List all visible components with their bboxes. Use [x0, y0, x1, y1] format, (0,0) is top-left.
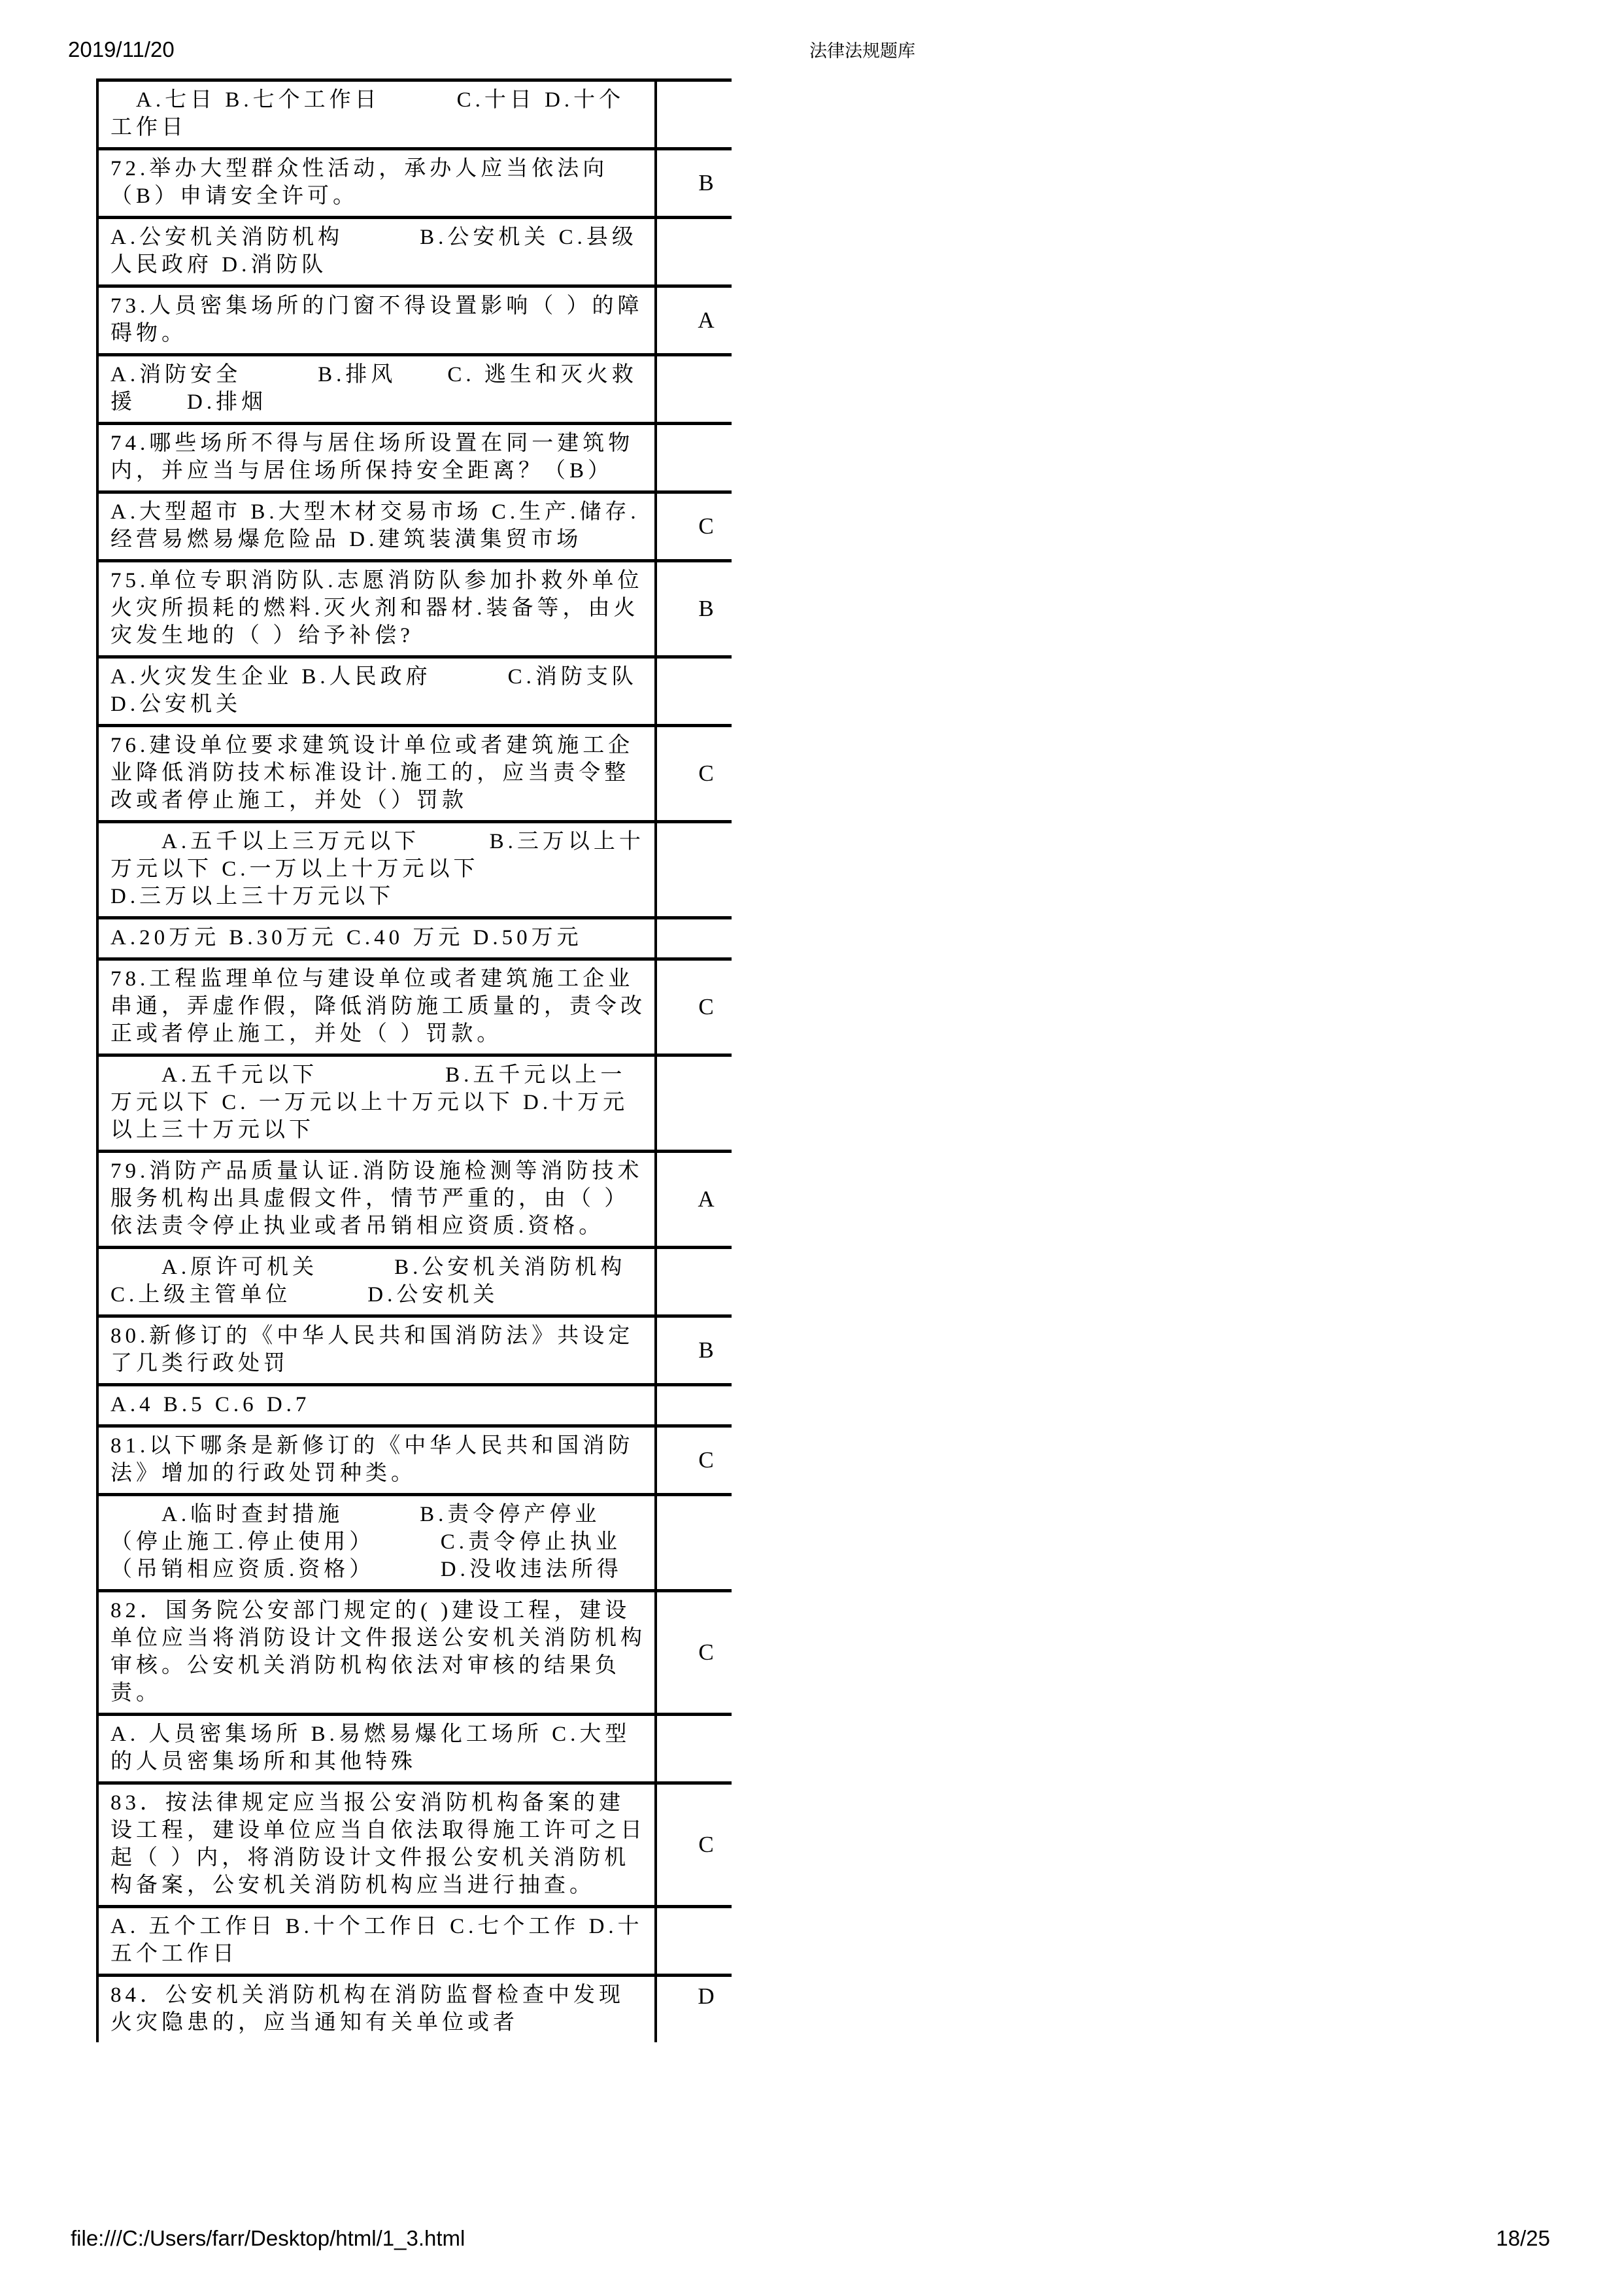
question-cell: A.五千以上三万元以下 B.三万以上十万元以下 C.一万以上十万元以下 D.三万… [97, 822, 656, 918]
answer-cell: B [656, 1316, 732, 1385]
print-footer-url: file:///C:/Users/farr/Desktop/html/1_3.h… [71, 2226, 465, 2251]
question-cell: A. 五个工作日 B.十个工作日 C.七个工作 D.十五个工作日 [97, 1907, 656, 1976]
answer-cell [656, 218, 732, 286]
question-answer-table: A.七日 B.七个工作日 C.十日 D.十个工作日72.举办大型群众性活动，承办… [96, 78, 732, 2042]
print-header-date: 2019/11/20 [68, 38, 175, 61]
question-cell: A.4 B.5 C.6 D.7 [97, 1385, 656, 1426]
table-row: 78.工程监理单位与建设单位或者建筑施工企业串通，弄虚作假，降低消防施工质量的，… [97, 959, 732, 1055]
table-row: A.临时查封措施 B.责令停产停业（停止施工.停止使用） C.责令停止执业（吊销… [97, 1495, 732, 1591]
question-cell: 74.哪些场所不得与居住场所设置在同一建筑物内，并应当与居住场所保持安全距离？（… [97, 424, 656, 492]
table-row: A.五千元以下 B.五千元以上一万元以下 C. 一万元以上十万元以下 D.十万元… [97, 1055, 732, 1152]
table-row: 73.人员密集场所的门窗不得设置影响（ ）的障碍物。A [97, 286, 732, 355]
answer-cell [656, 1385, 732, 1426]
question-cell: A.临时查封措施 B.责令停产停业（停止施工.停止使用） C.责令停止执业（吊销… [97, 1495, 656, 1591]
answer-cell [656, 355, 732, 424]
table-row: A. 人员密集场所 B.易燃易爆化工场所 C.大型的人员密集场所和其他特殊 [97, 1715, 732, 1783]
answer-cell: A [656, 286, 732, 355]
table-row: 83．按法律规定应当报公安消防机构备案的建设工程，建设单位应当自依法取得施工许可… [97, 1783, 732, 1907]
question-cell: 79.消防产品质量认证.消防设施检测等消防技术服务机构出具虚假文件，情节严重的，… [97, 1152, 656, 1248]
answer-cell: C [656, 726, 732, 822]
answer-cell [656, 80, 732, 149]
table-row: 80.新修订的《中华人民共和国消防法》共设定了几类行政处罚B [97, 1316, 732, 1385]
question-cell: A.火灾发生企业 B.人民政府 C.消防支队 D.公安机关 [97, 657, 656, 726]
question-cell: A.大型超市 B.大型木材交易市场 C.生产.储存.经营易燃易爆危险品 D.建筑… [97, 492, 656, 561]
table-row: 72.举办大型群众性活动，承办人应当依法向（B）申请安全许可。B [97, 149, 732, 218]
table-row: A.公安机关消防机构 B.公安机关 C.县级人民政府 D.消防队 [97, 218, 732, 286]
answer-cell: C [656, 1426, 732, 1495]
print-header-title: 法律法规题库 [809, 41, 915, 61]
table-row: A.火灾发生企业 B.人民政府 C.消防支队 D.公安机关 [97, 657, 732, 726]
answer-cell [656, 918, 732, 959]
table-row: 75.单位专职消防队.志愿消防队参加扑救外单位火灾所损耗的燃料.灭火剂和器材.装… [97, 561, 732, 657]
question-cell: 72.举办大型群众性活动，承办人应当依法向（B）申请安全许可。 [97, 149, 656, 218]
question-cell: 82．国务院公安部门规定的( )建设工程，建设单位应当将消防设计文件报送公安机关… [97, 1591, 656, 1715]
table-row: 74.哪些场所不得与居住场所设置在同一建筑物内，并应当与居住场所保持安全距离？（… [97, 424, 732, 492]
answer-cell [656, 1055, 732, 1152]
answer-cell: C [656, 959, 732, 1055]
answer-cell [656, 424, 732, 492]
answer-cell [656, 1715, 732, 1783]
question-cell: A.五千元以下 B.五千元以上一万元以下 C. 一万元以上十万元以下 D.十万元… [97, 1055, 656, 1152]
question-cell: A.20万元 B.30万元 C.40 万元 D.50万元 [97, 918, 656, 959]
table-row: A.七日 B.七个工作日 C.十日 D.十个工作日 [97, 80, 732, 149]
table-row: 81.以下哪条是新修订的《中华人民共和国消防法》增加的行政处罚种类。C [97, 1426, 732, 1495]
answer-cell [656, 1495, 732, 1591]
question-cell: A.原许可机关 B.公安机关消防机构 C.上级主管单位 D.公安机关 [97, 1248, 656, 1316]
answer-cell: C [656, 492, 732, 561]
question-table-body: A.七日 B.七个工作日 C.十日 D.十个工作日72.举办大型群众性活动，承办… [97, 80, 732, 2043]
table-row: A.4 B.5 C.6 D.7 [97, 1385, 732, 1426]
question-cell: A. 人员密集场所 B.易燃易爆化工场所 C.大型的人员密集场所和其他特殊 [97, 1715, 656, 1783]
table-row: A.20万元 B.30万元 C.40 万元 D.50万元 [97, 918, 732, 959]
table-row: A.消防安全 B.排风 C. 逃生和灭火救援 D.排烟 [97, 355, 732, 424]
question-cell: A.七日 B.七个工作日 C.十日 D.十个工作日 [97, 80, 656, 149]
table-row: A. 五个工作日 B.十个工作日 C.七个工作 D.十五个工作日 [97, 1907, 732, 1976]
question-cell: 81.以下哪条是新修订的《中华人民共和国消防法》增加的行政处罚种类。 [97, 1426, 656, 1495]
answer-cell [656, 1907, 732, 1976]
table-row: 82．国务院公安部门规定的( )建设工程，建设单位应当将消防设计文件报送公安机关… [97, 1591, 732, 1715]
table-row: A.大型超市 B.大型木材交易市场 C.生产.储存.经营易燃易爆危险品 D.建筑… [97, 492, 732, 561]
table-row: 79.消防产品质量认证.消防设施检测等消防技术服务机构出具虚假文件，情节严重的，… [97, 1152, 732, 1248]
question-cell: 78.工程监理单位与建设单位或者建筑施工企业串通，弄虚作假，降低消防施工质量的，… [97, 959, 656, 1055]
question-cell: 80.新修订的《中华人民共和国消防法》共设定了几类行政处罚 [97, 1316, 656, 1385]
answer-cell: A [656, 1152, 732, 1248]
table-row: 84．公安机关消防机构在消防监督检查中发现火灾隐患的，应当通知有关单位或者D [97, 1976, 732, 2043]
print-footer-page-number: 18/25 [1496, 2226, 1550, 2251]
answer-cell: B [656, 561, 732, 657]
question-cell: 73.人员密集场所的门窗不得设置影响（ ）的障碍物。 [97, 286, 656, 355]
question-cell: 76.建设单位要求建筑设计单位或者建筑施工企业降低消防技术标准设计.施工的，应当… [97, 726, 656, 822]
table-row: A.原许可机关 B.公安机关消防机构 C.上级主管单位 D.公安机关 [97, 1248, 732, 1316]
question-cell: 83．按法律规定应当报公安消防机构备案的建设工程，建设单位应当自依法取得施工许可… [97, 1783, 656, 1907]
table-row: 76.建设单位要求建筑设计单位或者建筑施工企业降低消防技术标准设计.施工的，应当… [97, 726, 732, 822]
question-cell: 75.单位专职消防队.志愿消防队参加扑救外单位火灾所损耗的燃料.灭火剂和器材.装… [97, 561, 656, 657]
answer-cell: D [656, 1976, 732, 2043]
question-table-page-area: A.七日 B.七个工作日 C.十日 D.十个工作日72.举办大型群众性活动，承办… [96, 78, 732, 2221]
question-cell: A.消防安全 B.排风 C. 逃生和灭火救援 D.排烟 [97, 355, 656, 424]
answer-cell: C [656, 1591, 732, 1715]
answer-cell: C [656, 1783, 732, 1907]
answer-cell: B [656, 149, 732, 218]
table-row: A.五千以上三万元以下 B.三万以上十万元以下 C.一万以上十万元以下 D.三万… [97, 822, 732, 918]
question-cell: A.公安机关消防机构 B.公安机关 C.县级人民政府 D.消防队 [97, 218, 656, 286]
question-cell: 84．公安机关消防机构在消防监督检查中发现火灾隐患的，应当通知有关单位或者 [97, 1976, 656, 2043]
answer-cell [656, 657, 732, 726]
answer-cell [656, 822, 732, 918]
